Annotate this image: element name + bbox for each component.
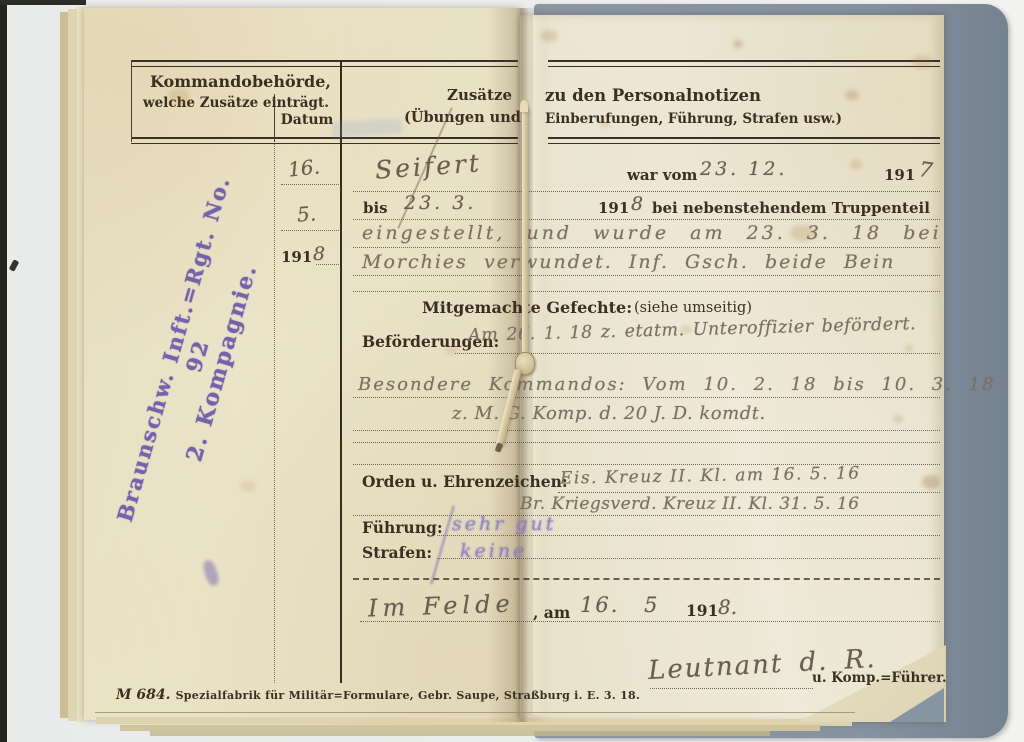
fuehrung-label: Führung: bbox=[362, 518, 443, 537]
note-line1-handwritten: eingestellt, und wurde am 23. 3. 18 bei bbox=[362, 222, 942, 244]
datum-handwritten: 16. 5 bbox=[580, 593, 659, 617]
year2-printed: 191 bbox=[598, 199, 629, 217]
column-divider-bold bbox=[340, 60, 342, 683]
stain bbox=[600, 120, 610, 128]
footer-imprint: M 684. Spezialfabrik für Militär=Formula… bbox=[116, 684, 640, 703]
date-year-handwritten: 8 bbox=[313, 243, 325, 265]
entry-line bbox=[353, 247, 940, 248]
ort-handwritten: Im Felde bbox=[368, 589, 516, 622]
zusaetze-header-line1: Zusätze bbox=[447, 86, 512, 104]
jahr-printed: 191 bbox=[686, 601, 718, 620]
stain bbox=[912, 55, 932, 69]
signature-printed: u. Komp.=Führer. bbox=[812, 670, 947, 686]
am-label: , am bbox=[533, 603, 570, 622]
date-line bbox=[281, 230, 341, 231]
jahr-handwritten: 8. bbox=[718, 595, 737, 619]
date-month-handwritten: 5. bbox=[296, 201, 317, 226]
stain bbox=[850, 160, 862, 169]
datum-label: Datum bbox=[276, 112, 338, 128]
stain bbox=[445, 345, 459, 355]
signature-line bbox=[650, 688, 813, 689]
thread-top-tip bbox=[520, 100, 528, 112]
strafen-handwritten: keine bbox=[460, 540, 527, 562]
note-line2-handwritten: Morchies verwundet. Inf. Gsch. beide Bei… bbox=[362, 251, 895, 273]
rule-header-bottom-left bbox=[131, 137, 518, 144]
page-stack-edge bbox=[68, 9, 77, 721]
stain bbox=[168, 88, 190, 104]
militarpass-scan: Kommandobehörde, welche Zusätze einträgt… bbox=[0, 0, 1024, 742]
scanner-speck bbox=[9, 259, 19, 272]
entry-line bbox=[353, 291, 940, 292]
entry-line bbox=[353, 442, 940, 443]
stain bbox=[790, 225, 816, 241]
stain bbox=[540, 30, 558, 42]
rule-top-right bbox=[548, 60, 940, 67]
strafen-label: Strafen: bbox=[362, 543, 432, 562]
page-stack-edge-bottom bbox=[150, 731, 770, 736]
date-day-handwritten: 16. bbox=[287, 154, 321, 181]
kommandos-line2-handwritten: z. M. G. Komp. d. 20 J. D. komdt. bbox=[452, 403, 766, 424]
entry-line bbox=[437, 535, 940, 536]
stain bbox=[893, 415, 903, 423]
entry-line bbox=[353, 275, 940, 276]
kommandos-line1-handwritten: Besondere Kommandos: Vom 10. 2. 18 bis 1… bbox=[358, 374, 996, 395]
binding-thread bbox=[522, 108, 528, 366]
entry-line bbox=[558, 492, 940, 493]
stain bbox=[733, 40, 743, 48]
printer-imprint: Spezialfabrik für Militär=Formulare, Geb… bbox=[176, 689, 641, 702]
entry-line bbox=[353, 515, 940, 516]
rule-top-left bbox=[131, 60, 518, 67]
stain bbox=[922, 475, 940, 489]
form-border-left bbox=[131, 60, 132, 142]
bis-handwritten: 23. 3. bbox=[404, 192, 476, 214]
war-vom-label: war vom bbox=[627, 166, 697, 184]
fuehrung-handwritten: sehr gut bbox=[452, 513, 556, 535]
year1-printed: 191 bbox=[884, 166, 915, 184]
entry-line bbox=[360, 621, 940, 622]
war-vom-handwritten: 23. 12. bbox=[700, 158, 787, 180]
year2-handwritten: 8 bbox=[631, 193, 643, 215]
bis-label: bis bbox=[363, 199, 388, 217]
form-number: M 684. bbox=[116, 687, 170, 703]
entry-line bbox=[353, 219, 940, 220]
stain bbox=[680, 325, 692, 334]
scanner-edge-top bbox=[0, 0, 86, 5]
stain bbox=[240, 480, 256, 492]
section-line bbox=[353, 578, 940, 580]
zusaetze-header-line2: (Übungen und bbox=[404, 109, 521, 126]
entry-line bbox=[353, 397, 940, 398]
truppenteil-label: bei nebenstehendem Truppenteil bbox=[652, 199, 930, 217]
date-year-printed: 191 bbox=[281, 248, 312, 266]
right-header-line1: zu den Personalnotizen bbox=[545, 86, 761, 105]
right-header-line2: Einberufungen, Führung, Strafen usw.) bbox=[545, 111, 842, 127]
scanner-edge-left bbox=[0, 0, 7, 742]
stain bbox=[905, 345, 913, 352]
date-line bbox=[281, 184, 341, 185]
stain bbox=[845, 90, 859, 100]
orden-entry2-handwritten: Br. Kriegsverd. Kreuz II. Kl. 31. 5. 16 bbox=[520, 494, 860, 514]
page-stack-edge bbox=[60, 12, 68, 718]
entry-line bbox=[353, 430, 940, 431]
rule-header-bottom-right bbox=[548, 137, 940, 144]
gefechte-note: (siehe umseitig) bbox=[634, 300, 752, 316]
orden-label: Orden u. Ehrenzeichen: bbox=[362, 472, 568, 491]
page-fold-line bbox=[95, 712, 855, 713]
